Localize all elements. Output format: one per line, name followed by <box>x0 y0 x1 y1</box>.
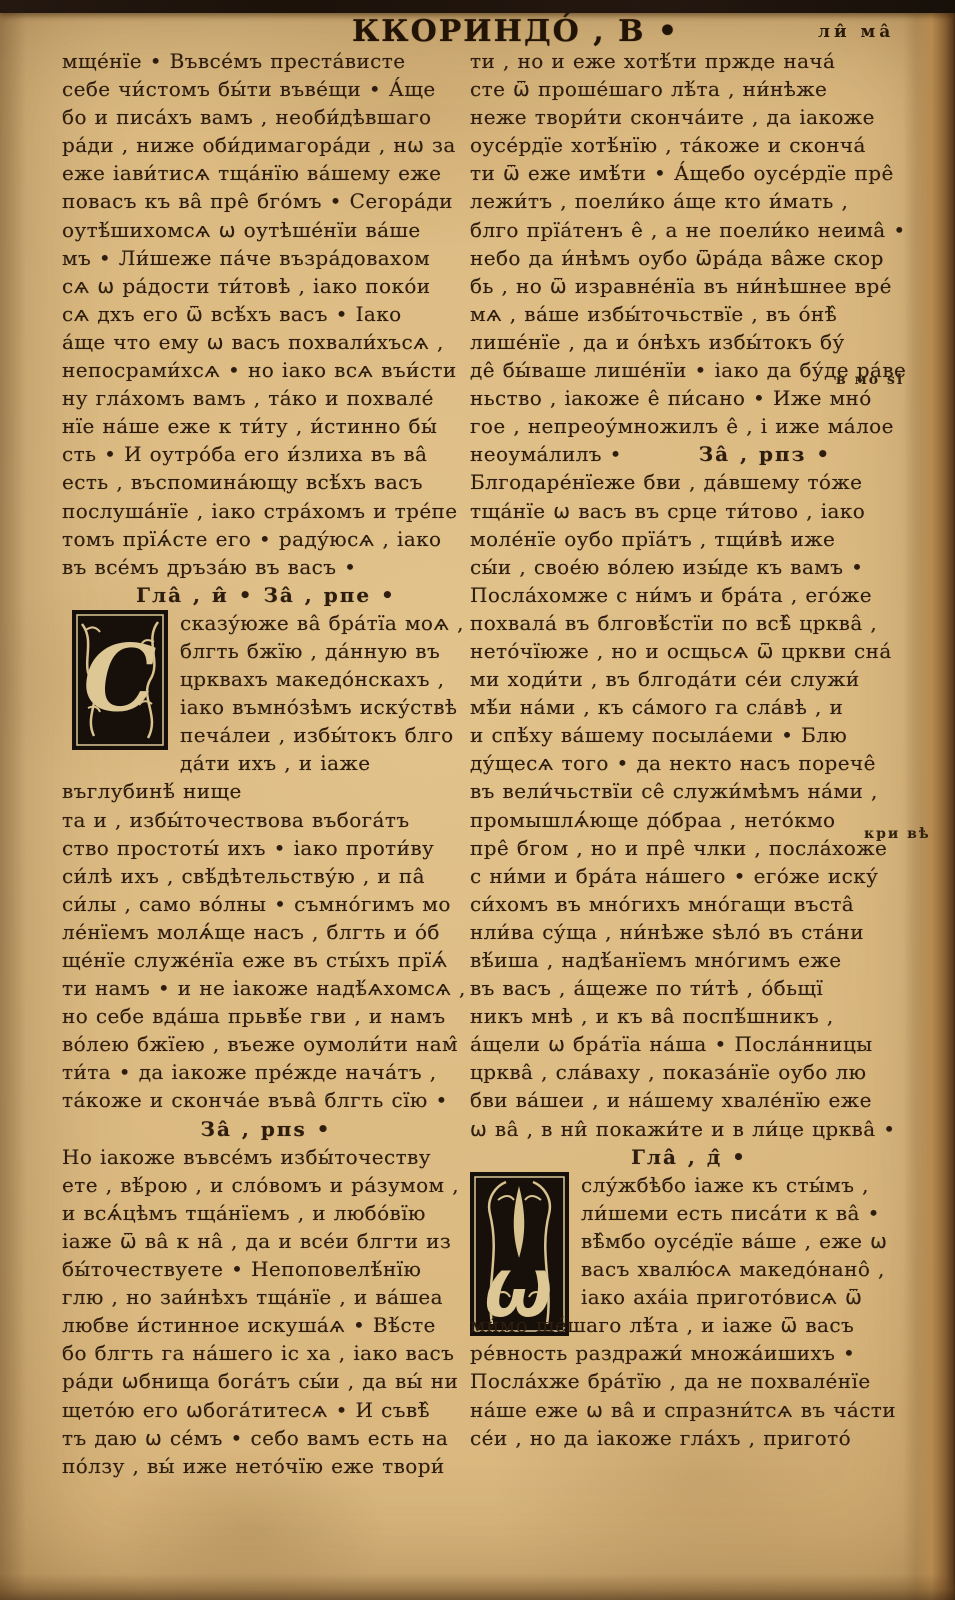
text-line-content: ти , но и еже хотѣ́ти пржде нача́ <box>470 49 835 73</box>
text-line: ра́ди , ниже оби́димагора́ди , нѡ за <box>62 131 470 159</box>
text-line: щето́ю его ѡбога́титесѧ • И съвѣ̂ <box>62 1396 470 1424</box>
text-line-content: бо и писа́хъ вамъ , необи́дѣвшаго <box>62 105 431 129</box>
text-line: моле́нїе оубо прїа́тъ , тщи́вѣ иже <box>470 525 908 553</box>
text-line-content: сы́и , свое́ю во́лею изы́де къ вамъ • <box>470 555 863 579</box>
text-line-content: црква̂ , сла́ваху , показа́нїе оубо лю <box>470 1060 866 1084</box>
woodcut-initial-s: С <box>74 612 166 748</box>
text-line-content: с ни́ми и бра́та на́шего • его́же иску́ <box>470 864 878 888</box>
text-line-content: мще́нїе • Въвсе́мъ преста́висте <box>62 49 405 73</box>
text-line-content: на́ше еже ѡ ва̂ и спразни́тсѧ въ ча́сти <box>470 1398 896 1422</box>
text-line-content: се́и , но да іакоже гла́хъ , пригото́ <box>470 1426 851 1450</box>
text-line: мѧ , ва́ше избы́точьствїе , въ о́нѣ̂ <box>470 300 908 328</box>
folio-number: ли̂ ма̂ <box>818 22 894 42</box>
text-line-content: но себе вда́ша прьвѣ́е гви , и намъ <box>62 1004 445 1028</box>
text-line: ду́щесѧ того • да некто насъ порече̂ <box>470 749 908 777</box>
text-line-content: ми́мо ше́шаго лѣ́та , и іаже ѿ васъ <box>470 1313 854 1337</box>
text-line: и всѧ́цѣмъ тща́нїемъ , и любо́вїю <box>62 1199 470 1227</box>
text-line: ми ходи́ти , въ блгода́ти се́и служи́ <box>470 665 908 693</box>
text-line: по́лзу , вы́ иже нето́чїю еже твори́ <box>62 1452 470 1480</box>
book-page: ККОРИНДО́ , В • ли̂ ма̂ мще́нїе • Въвсе́… <box>0 0 955 1600</box>
text-column-left: мще́нїе • Въвсе́мъ преста́вистесебе чи́с… <box>62 47 470 1480</box>
text-line-content: бви ва́шеи , и на́шему хвале́нїю еже <box>470 1088 872 1112</box>
text-line-content: ство простоты́ ихъ • іако проти́ву <box>62 836 434 860</box>
text-line-content: Но іакоже въвсе́мъ избы́точеству <box>62 1145 431 1169</box>
text-line: ти́та • да іакоже пре́жде нача́тъ , <box>62 1058 470 1086</box>
text-line: да́ти ихъ , и іаже въглубинѣ́ нище <box>62 749 470 805</box>
text-line: бо и писа́хъ вамъ , необи́дѣвшаго <box>62 103 470 131</box>
page-edge-bottom <box>0 1574 955 1600</box>
text-line: Ѡ слу́жбѣбо іаже къ сты́мъ , <box>470 1171 908 1199</box>
text-line-content: томъ прїѧ́сте его • раду́юсѧ , іако <box>62 527 441 551</box>
text-line: промышлѧ́юще до́браа , нето́кмо <box>470 806 908 834</box>
text-line-content: повасъ къ ва̂ пре̂ бго́мъ • Сегора́ди <box>62 189 453 213</box>
text-line-content: сказу́юже ва̂ бра́тїа моѧ , <box>180 611 464 635</box>
text-line: и спѣ́ху ва́шему посыла́еми • Блю <box>470 721 908 749</box>
text-line: томъ прїѧ́сте его • раду́юсѧ , іако <box>62 525 470 553</box>
text-line: С сказу́юже ва̂ бра́тїа моѧ , <box>62 609 470 637</box>
text-line-content: блго прїа́тенъ е̂ , а не поели́ко неима̂… <box>470 218 906 242</box>
page-edge-left <box>0 0 26 1600</box>
text-line: еже іави́тисѧ тща́нїю ва́шему еже <box>62 159 470 187</box>
text-line: ти намъ • и не іакоже надѣ́ѧхомсѧ , <box>62 974 470 1002</box>
text-line: нето́чїюже , но и осщьсѧ ѿ цркви сна́ <box>470 637 908 665</box>
text-line: похвала́ въ блговѣ́стїи по всѣ̂ црква̂ , <box>470 609 908 637</box>
text-line-content: непосрами́хсѧ • но іако всѧ въи́сти <box>62 358 457 382</box>
text-line: лише́нїе , да и о́нѣхъ избы́токъ бу́ <box>470 328 908 356</box>
text-line: но себе вда́ша прьвѣ́е гви , и намъ <box>62 1002 470 1030</box>
text-line-content: та́коже и сконча́е въва̂ блгть сїю • <box>62 1088 448 1112</box>
text-line-content: похвала́ въ блговѣ́стїи по всѣ̂ црква̂ , <box>470 611 877 635</box>
text-line-content: печа́леи , избы́токъ блго <box>180 723 454 747</box>
text-line: небо да и́нѣмъ оубо ѿра́да ва̂же скор <box>470 244 908 272</box>
text-line: неже твори́ти сконча́ите , да іакоже <box>470 103 908 131</box>
text-line-content: небо да и́нѣмъ оубо ѿра́да ва̂же скор <box>470 246 884 270</box>
text-line-content: іаже ѿ ва̂ к на̂ , да и все́и блгти из <box>62 1229 451 1253</box>
text-line-content: ра́ди ѡбнища бога́тъ сы́и , да вы́ ни <box>62 1369 458 1393</box>
text-line: а́ще что ему ѡ васъ похвали́хъсѧ , <box>62 328 470 356</box>
text-line-content: мъ • Ли́шеже па́че възра́довахом <box>62 246 430 270</box>
text-line: Но іакоже въвсе́мъ избы́точеству <box>62 1143 470 1171</box>
text-line: си́лы , само во́лны • съмно́гимъ мо <box>62 890 470 918</box>
text-line-content: сѧ ѡ ра́дости ти́товѣ , іако поко́и <box>62 274 431 298</box>
text-line: на́ше еже ѡ ва̂ и спразни́тсѧ въ ча́сти <box>470 1396 908 1424</box>
text-line-content: промышлѧ́юще до́браа , нето́кмо <box>470 808 836 832</box>
text-line-content: ми ходи́ти , въ блгода́ти се́и служи́ <box>470 667 860 691</box>
text-line: іаже ѿ ва̂ к на̂ , да и все́и блгти из <box>62 1227 470 1255</box>
text-line: бы́точествуете • Непоповелѣ́нїю <box>62 1255 470 1283</box>
text-line: вѣ́иша , надѣ́анїемъ мно́гимъ еже <box>470 946 908 974</box>
text-line: любве и́стинное искуша́ѧ • Вѣ́сте <box>62 1311 470 1339</box>
text-line: пре̂ бгом , но и пре̂ члки , посла́хоже <box>470 834 908 862</box>
text-line-content: есть , въспомина́ющу всѣ́хъ васъ <box>62 470 423 494</box>
page-edge-top <box>0 0 955 13</box>
woodcut-initial-o: Ѡ <box>472 1174 567 1334</box>
text-line-content: ете , вѣ́рою , и сло́вомъ и ра́зумом , <box>62 1173 459 1197</box>
text-line: гое , непреоу́множилъ е̂ , і иже ма́лое <box>470 412 908 440</box>
text-line-content: а́щели ѡ бра́тїа на́ша • Посла́нницы <box>470 1032 873 1056</box>
text-line: бви ва́шеи , и на́шему хвале́нїю еже <box>470 1086 908 1114</box>
text-line-content: да́ти ихъ , и іаже въглубинѣ́ нище <box>62 751 370 803</box>
text-line: бь , но ѿ изравне́нїа въ ни́нѣшнее вре́ <box>470 272 908 300</box>
text-line: црква̂ , сла́ваху , показа́нїе оубо лю <box>470 1058 908 1086</box>
text-line-content: си́лы , само во́лны • съмно́гимъ мо <box>62 892 451 916</box>
initial-letter: С <box>83 624 157 732</box>
text-line-content: ра́ди , ниже оби́димагора́ди , нѡ за <box>62 133 456 157</box>
text-line: ство простоты́ ихъ • іако проти́ву <box>62 834 470 862</box>
text-line-content: ти ѿ еже имѣ́ти • А́щебо оусе́рдїе пре̂ <box>470 161 894 185</box>
text-line-content: во́лею бжїею , въеже оумоли́ти нам̂ <box>62 1032 458 1056</box>
text-line: сте ѿ проше́шаго лѣ́та , ни́нѣже <box>470 75 908 103</box>
text-line-content: Блгодаре́нїеже бви , да́вшему то́же <box>470 470 862 494</box>
text-line-content: нли́ва су́ща , ни́нѣже ѕѣло́ въ ста́ни <box>470 920 864 944</box>
text-line-content: и всѧ́цѣмъ тща́нїемъ , и любо́вїю <box>62 1201 426 1225</box>
text-line-content: вѣ́иша , надѣ́анїемъ мно́гимъ еже <box>470 948 841 972</box>
text-line: во́лею бжїею , въеже оумоли́ти нам̂ <box>62 1030 470 1058</box>
text-line: нли́ва су́ща , ни́нѣже ѕѣло́ въ ста́ни <box>470 918 908 946</box>
running-title: ККОРИНДО́ , В • <box>352 14 679 49</box>
text-line: с ни́ми и бра́та на́шего • его́же иску́ <box>470 862 908 890</box>
text-line-content: лише́нїе , да и о́нѣхъ избы́токъ бу́ <box>470 330 845 354</box>
text-line: сѧ дхъ его ѿ всѣ́хъ васъ • Іако <box>62 300 470 328</box>
text-line-content: Гла̂ , д̂ • <box>631 1145 747 1169</box>
zachalo-heading: За̂ , рпз • <box>622 440 908 468</box>
text-line-content: ти намъ • и не іакоже надѣ́ѧхомсѧ , <box>62 976 466 1000</box>
text-line: мъ • Ли́шеже па́че възра́довахом <box>62 244 470 272</box>
text-line-content: тъ даю ѡ се́мъ • себо вамъ есть на <box>62 1426 448 1450</box>
text-line: въ вели́чьствїи се̂ служи́мѣмъ на́ми , <box>470 777 908 805</box>
text-line-content: За̂ , рпѕ • <box>201 1117 332 1141</box>
text-line: За̂ , рпѕ • <box>62 1115 470 1143</box>
text-line-content: бо блгть га на́шего іс ха , іако васъ <box>62 1341 454 1365</box>
text-line-content: си́хомъ въ мно́гихъ мно́гащи въста̂ <box>470 892 854 916</box>
text-line-content: сть • И оутро́ба его и́злиха въ ва̂ <box>62 442 427 466</box>
text-line-content: лежи́тъ , поели́ко а́ще кто и́мать , <box>470 189 848 213</box>
text-line-content: глю , но заи́нѣхъ тща́нїе , и ва́шеа <box>62 1285 443 1309</box>
text-line-content: мѧ , ва́ше избы́точьствїе , въ о́нѣ̂ <box>470 302 837 326</box>
text-line-content: въ все́мъ дръза́ю въ васъ • <box>62 555 356 579</box>
text-line-content: сте ѿ проше́шаго лѣ́та , ни́нѣже <box>470 77 827 101</box>
text-line-content: ньство , іакоже е̂ пи́сано • Иже мно́ <box>470 386 872 410</box>
text-line-content: неже твори́ти сконча́ите , да іакоже <box>470 105 875 129</box>
text-line-content: еже іави́тисѧ тща́нїю ва́шему еже <box>62 161 441 185</box>
text-line: сть • И оутро́ба его и́злиха въ ва̂ <box>62 440 470 468</box>
text-line: мѣ́и на́ми , къ са́мого га сла́вѣ , и <box>470 693 908 721</box>
text-line-content: ду́щесѧ того • да некто насъ порече̂ <box>470 751 876 775</box>
text-line: себе чи́стомъ бы́ти въве́щи • А́ще <box>62 75 470 103</box>
text-line-content: тща́нїе ѡ васъ въ срце ти́тово , іако <box>470 499 865 523</box>
text-line-content: никъ мнѣ , и къ ва̂ поспѣ́шникъ , <box>470 1004 834 1028</box>
text-line-content: сѧ дхъ его ѿ всѣ́хъ васъ • Іако <box>62 302 402 326</box>
text-line: повасъ къ ва̂ пре̂ бго́мъ • Сегора́ди <box>62 187 470 215</box>
text-line: а́щели ѡ бра́тїа на́ша • Посла́нницы <box>470 1030 908 1058</box>
text-line-content: блгть бжїю , да́нную въ <box>180 639 440 663</box>
text-line-content: бь , но ѿ изравне́нїа въ ни́нѣшнее вре́ <box>470 274 892 298</box>
text-line-content: црквахъ македо́нскахъ , <box>180 667 444 691</box>
text-line: блго прїа́тенъ е̂ , а не поели́ко неима̂… <box>470 216 908 244</box>
text-line: ра́ди ѡбнища бога́тъ сы́и , да вы́ ни <box>62 1367 470 1395</box>
text-line-content: любве и́стинное искуша́ѧ • Вѣ́сте <box>62 1313 436 1337</box>
text-line: оусе́рдїе хотѣ́нїю , та́коже и сконча́ <box>470 131 908 159</box>
text-line-content: іако аха́іа пригото́висѧ ѿ <box>581 1285 862 1309</box>
text-line-content: та и , избы́точествова въбога́тъ <box>62 808 409 832</box>
text-line-content: нїе на́ше еже к ти́ту , и́стинно бы́ <box>62 414 437 438</box>
text-line-content: іако въмно́зѣмъ иску́ствѣ <box>180 695 457 719</box>
text-line: ти , но и еже хотѣ́ти пржде нача́ <box>470 47 908 75</box>
text-line: бо блгть га на́шего іс ха , іако васъ <box>62 1339 470 1367</box>
text-line: лежи́тъ , поели́ко а́ще кто и́мать , <box>470 187 908 215</box>
text-line: ѡ ва̂ , в ни̂ покажи́те и в ли́це црква̂… <box>470 1115 908 1143</box>
text-line-content: васъ хвалю́сѧ македо́нано̂ , <box>581 1257 885 1281</box>
text-line: тща́нїе ѡ васъ въ срце ти́тово , іако <box>470 497 908 525</box>
text-line: непосрами́хсѧ • но іако всѧ въи́сти <box>62 356 470 384</box>
text-line-content: моле́нїе оубо прїа́тъ , тщи́вѣ иже <box>470 527 835 551</box>
text-line: есть , въспомина́ющу всѣ́хъ васъ <box>62 468 470 496</box>
text-line: ньство , іакоже е̂ пи́сано • Иже мно́ <box>470 384 908 412</box>
text-line: сѧ ѡ ра́дости ти́товѣ , іако поко́и <box>62 272 470 300</box>
text-line-content: а́ще что ему ѡ васъ похвали́хъсѧ , <box>62 330 444 354</box>
text-line-content: ще́нїе служе́нїа еже въ сты́хъ прїѧ́ <box>62 948 448 972</box>
text-line: ну гла́хомъ вамъ , та́ко и похвале́ <box>62 384 470 412</box>
text-line: мще́нїе • Въвсе́мъ преста́висте <box>62 47 470 75</box>
text-line: глю , но заи́нѣхъ тща́нїе , и ва́шеа <box>62 1283 470 1311</box>
text-line: ете , вѣ́рою , и сло́вомъ и ра́зумом , <box>62 1171 470 1199</box>
text-line-content: ѡ ва̂ , в ни̂ покажи́те и в ли́це црква̂… <box>470 1117 895 1141</box>
text-line: си́хомъ въ мно́гихъ мно́гащи въста̂ <box>470 890 908 918</box>
text-line: неоума́лилъ •За̂ , рпз • <box>470 440 908 468</box>
text-line: та и , избы́точествова въбога́тъ <box>62 806 470 834</box>
text-line-content: себе чи́стомъ бы́ти въве́щи • А́ще <box>62 77 436 101</box>
text-line: ми́мо ше́шаго лѣ́та , и іаже ѿ васъ <box>470 1311 908 1339</box>
text-line-content: послуша́нїе , іако стра́хомъ и тре́пе <box>62 499 458 523</box>
text-line: нїе на́ше еже к ти́ту , и́стинно бы́ <box>62 412 470 440</box>
text-line: оутѣ́шихомсѧ ѡ оутѣше́нїи ва́ше <box>62 216 470 244</box>
text-line-content: пре̂ бгом , но и пре̂ члки , посла́хоже <box>470 836 887 860</box>
text-line: послуша́нїе , іако стра́хомъ и тре́пе <box>62 497 470 525</box>
text-line-content: мѣ́и на́ми , къ са́мого га сла́вѣ , и <box>470 695 843 719</box>
text-line-content: Посла́хже бра́тїю , да не похвале́нїе <box>470 1369 871 1393</box>
text-line-content: гое , непреоу́множилъ е̂ , і иже ма́лое <box>470 414 894 438</box>
text-line: ле́нїемъ молѧ́ще насъ , блгть и о́б <box>62 918 470 946</box>
text-line: въ все́мъ дръза́ю въ васъ • <box>62 553 470 581</box>
text-line: никъ мнѣ , и къ ва̂ поспѣ́шникъ , <box>470 1002 908 1030</box>
text-line-content: ти́та • да іакоже пре́жде нача́тъ , <box>62 1060 437 1084</box>
text-line-content: и спѣ́ху ва́шему посыла́еми • Блю <box>470 723 847 747</box>
text-line-content: бы́точествуете • Непоповелѣ́нїю <box>62 1257 421 1281</box>
text-line-content: Гла̂ , и̂ • За̂ , рпе • <box>136 583 396 607</box>
text-line-content: ну гла́хомъ вамъ , та́ко и похвале́ <box>62 386 434 410</box>
text-line: Гла̂ , д̂ • <box>470 1143 908 1171</box>
text-column-right: ти , но и еже хотѣ́ти пржде нача́сте ѿ п… <box>470 47 908 1452</box>
text-line-content: ли́шеми есть писа́ти к ва̂ • <box>581 1201 880 1225</box>
text-line: Посла́хже бра́тїю , да не похвале́нїе <box>470 1367 908 1395</box>
text-line-content: щето́ю его ѡбога́титесѧ • И съвѣ̂ <box>62 1398 430 1422</box>
text-line: си́лѣ ихъ , свѣ́дѣтельству́ю , и па̂ <box>62 862 470 890</box>
margin-note: в мо ѕі <box>836 372 904 388</box>
text-line-content: въ вели́чьствїи се̂ служи́мѣмъ на́ми , <box>470 779 878 803</box>
page-edge-right <box>903 0 955 1600</box>
text-line-content: Посла́хомже с ни́мъ и бра́та , его́же <box>470 583 872 607</box>
text-line-content: вѣ̂мбо оусе́дїе ва́ше , еже ѡ <box>581 1229 887 1253</box>
text-line-content: си́лѣ ихъ , свѣ́дѣтельству́ю , и па̂ <box>62 864 425 888</box>
text-line: тъ даю ѡ се́мъ • себо вамъ есть на <box>62 1424 470 1452</box>
text-line-content: неоума́лилъ • <box>470 440 622 468</box>
text-line-content: слу́жбѣбо іаже къ сты́мъ , <box>581 1173 869 1197</box>
margin-note: кри вѣ <box>864 826 931 842</box>
text-line: Блгодаре́нїеже бви , да́вшему то́же <box>470 468 908 496</box>
text-line-content: оутѣ́шихомсѧ ѡ оутѣше́нїи ва́ше <box>62 218 421 242</box>
text-line-content: въ васъ , а́щеже по ти́тѣ , о́бьщї <box>470 976 823 1000</box>
text-line: Гла̂ , и̂ • За̂ , рпе • <box>62 581 470 609</box>
text-line: въ васъ , а́щеже по ти́тѣ , о́бьщї <box>470 974 908 1002</box>
text-line: ще́нїе служе́нїа еже въ сты́хъ прїѧ́ <box>62 946 470 974</box>
text-line-content: оусе́рдїе хотѣ́нїю , та́коже и сконча́ <box>470 133 866 157</box>
text-line-content: нето́чїюже , но и осщьсѧ ѿ цркви сна́ <box>470 639 892 663</box>
text-line: сы́и , свое́ю во́лею изы́де къ вамъ • <box>470 553 908 581</box>
text-line-content: ле́нїемъ молѧ́ще насъ , блгть и о́б <box>62 920 440 944</box>
text-line: се́и , но да іакоже гла́хъ , пригото́ <box>470 1424 908 1452</box>
text-line-content: по́лзу , вы́ иже нето́чїю еже твори́ <box>62 1454 445 1478</box>
text-line: Посла́хомже с ни́мъ и бра́та , его́же <box>470 581 908 609</box>
text-line: та́коже и сконча́е въва̂ блгть сїю • <box>62 1086 470 1114</box>
text-line-content: ре́вность раздражи́ множа́ишихъ • <box>470 1341 855 1365</box>
text-line: ре́вность раздражи́ множа́ишихъ • <box>470 1339 908 1367</box>
text-line: ти ѿ еже имѣ́ти • А́щебо оусе́рдїе пре̂ <box>470 159 908 187</box>
